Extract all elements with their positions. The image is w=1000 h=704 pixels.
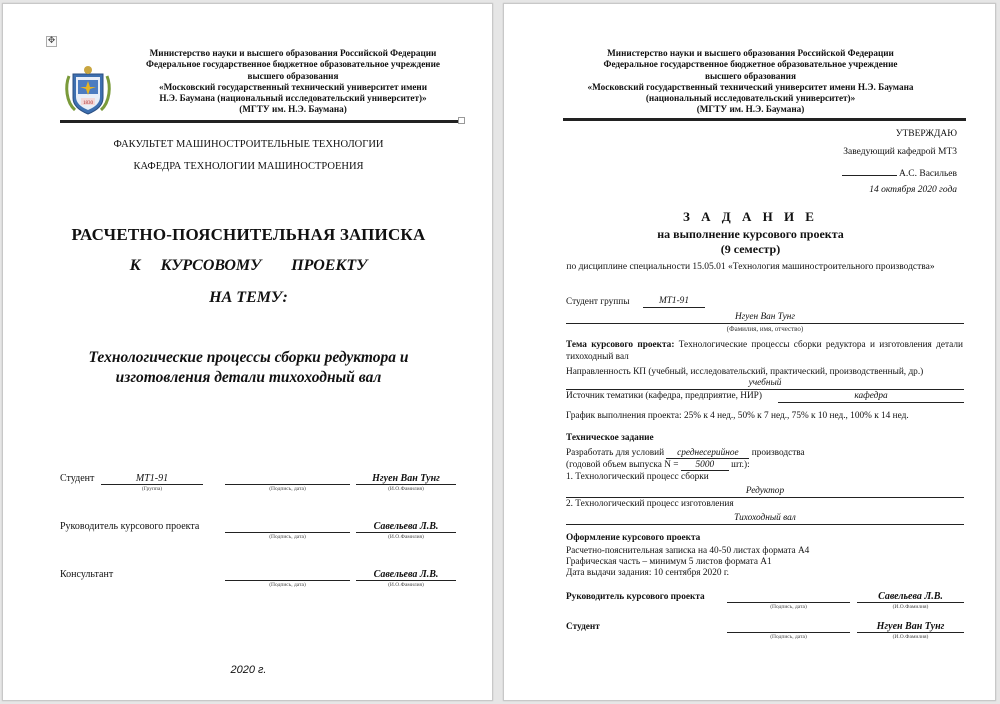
item1-field: Редуктор [566, 486, 964, 498]
ministry-header: Министерство науки и высшего образования… [121, 48, 465, 116]
header-line: Федеральное государственное бюджетное об… [504, 59, 997, 70]
student-group-label: Студент группы [566, 297, 630, 309]
student-signature-field [727, 621, 850, 633]
student-signature-field [225, 473, 350, 485]
discipline: по дисциплине специальности 15.05.01 «Те… [554, 261, 947, 273]
student-group-field: МТ1-91 [643, 296, 705, 308]
header-line: (МГТУ им. Н.Э. Баумана) [504, 104, 997, 115]
consultant-name-field: Савельева Л.В. [356, 569, 456, 581]
department-name: КАФЕДРА ТЕХНОЛОГИИ МАШИНОСТРОЕНИЯ [3, 161, 494, 172]
supervisor-label: Руководитель курсового проекта [566, 592, 705, 604]
document-title: РАСЧЕТНО-ПОЯСНИТЕЛЬНАЯ ЗАПИСКА [3, 225, 494, 245]
header-line: (национальный исследовательский универси… [504, 93, 997, 104]
header-line: высшего образования [121, 71, 465, 82]
item2-label: 2. Технологический процесс изготовления [566, 499, 734, 511]
sign-caption: (Подпись, дата) [225, 486, 350, 492]
task-semester: (9 семестр) [504, 242, 997, 257]
approve-position: Заведующий кафедрой МТ3 [843, 147, 957, 157]
faculty-name: ФАКУЛЬТЕТ МАШИНОСТРОИТЕЛЬНЫЕ ТЕХНОЛОГИИ [3, 139, 494, 150]
format-line: Графическая часть – минимум 5 листов фор… [566, 557, 772, 569]
develop-suffix: производства [752, 448, 805, 458]
theme-line: Технологические процессы сборки редуктор… [3, 348, 494, 368]
title-page: ✥ 1830 Министерство науки и высшего обра… [2, 3, 493, 701]
project-theme: Технологические процессы сборки редуктор… [3, 348, 494, 388]
student-label: Студент [566, 622, 600, 634]
consultant-label: Консультант [60, 569, 113, 580]
sign-caption: (Подпись, дата) [225, 534, 350, 540]
project-topic: Тема курсового проекта: Технологические … [566, 340, 963, 363]
document-subtitle: К КУРСОВОМУ ПРОЕКТУ [3, 257, 494, 275]
svg-text:1830: 1830 [83, 101, 94, 106]
fio-caption: (Фамилия, имя, отчество) [566, 325, 964, 333]
supervisor-name-field: Савельева Л.В. [857, 591, 964, 603]
tech-task-title: Техническое задание [566, 433, 654, 445]
student-name-field: Нгуен Ван Тунг [566, 312, 964, 324]
supervisor-label: Руководитель курсового проекта [60, 521, 199, 532]
schedule: График выполнения проекта: 25% к 4 нед.,… [566, 411, 909, 423]
document-year: 2020 г. [3, 664, 494, 676]
production-type-field: среднесерийное [666, 448, 749, 459]
supervisor-signature-field [225, 521, 350, 533]
source-label: Источник тематики (кафедра, предприятие,… [566, 391, 762, 403]
supervisor-signature-field [727, 591, 850, 603]
header-line: (МГТУ им. Н.Э. Баумана) [121, 104, 465, 115]
theme-line: изготовления детали тихоходный вал [3, 368, 494, 388]
header-divider [60, 120, 458, 123]
assignment-page: Министерство науки и высшего образования… [503, 3, 996, 701]
approve-signature-line [842, 166, 897, 176]
name-caption: (И.О.Фамилия) [356, 534, 456, 540]
direction-label: Направленность КП (учебный, исследовател… [566, 367, 923, 379]
topic-label: Тема курсового проекта: [566, 340, 674, 350]
direction-field: учебный [566, 378, 964, 390]
supervisor-name-field: Савельева Л.В. [356, 521, 456, 533]
student-name-field: Нгуен Ван Тунг [857, 621, 964, 633]
volume-line: (годовой объем выпуска N = 5000 шт.): [566, 460, 750, 472]
volume-field: 5000 [681, 460, 729, 471]
header-line: Федеральное государственное бюджетное об… [121, 59, 465, 70]
task-subtitle: на выполнение курсового проекта [504, 227, 997, 242]
header-line: Министерство науки и высшего образования… [504, 48, 997, 59]
format-line: Расчетно-пояснительная записка на 40-50 … [566, 546, 809, 558]
volume-prefix: (годовой объем выпуска N = [566, 460, 679, 470]
format-title: Оформление курсового проекта [566, 533, 700, 545]
consultant-signature-field [225, 569, 350, 581]
table-move-handle-icon[interactable]: ✥ [46, 36, 57, 47]
header-line: высшего образования [504, 71, 997, 82]
volume-suffix: шт.): [731, 460, 750, 470]
header-line: Н.Э. Баумана (национальный исследователь… [121, 93, 465, 104]
develop-line: Разработать для условий среднесерийное п… [566, 448, 805, 460]
ministry-header: Министерство науки и высшего образования… [504, 48, 997, 116]
issue-date: Дата выдачи задания: 10 сентября 2020 г. [566, 568, 729, 580]
group-caption: (Группа) [101, 486, 203, 492]
develop-prefix: Разработать для условий [566, 448, 664, 458]
header-line: Министерство науки и высшего образования… [121, 48, 465, 59]
university-crest-icon: 1830 [63, 62, 113, 117]
task-title: З А Д А Н И Е [504, 209, 997, 225]
header-divider [563, 118, 966, 121]
name-caption: (И.О.Фамилия) [857, 634, 964, 640]
item2-field: Тихоходный вал [566, 513, 964, 525]
approve-name: А.С. Васильев [899, 169, 957, 179]
approve-title: УТВЕРЖДАЮ [896, 129, 957, 139]
name-caption: (И.О.Фамилия) [356, 582, 456, 588]
sign-caption: (Подпись, дата) [727, 604, 850, 610]
student-label: Студент [60, 473, 94, 484]
approve-signature: А.С. Васильев [842, 166, 957, 179]
item1-label: 1. Технологический процесс сборки [566, 472, 709, 484]
student-name-field: Нгуен Ван Тунг [356, 473, 456, 485]
approve-date: 14 октября 2020 года [869, 185, 957, 195]
source-field: кафедра [778, 391, 964, 403]
sign-caption: (Подпись, дата) [225, 582, 350, 588]
header-line: «Московский государственный технический … [121, 82, 465, 93]
header-line: «Московский государственный технический … [504, 82, 997, 93]
student-group-field: МТ1-91 [101, 473, 203, 485]
name-caption: (И.О.Фамилия) [857, 604, 964, 610]
table-resize-handle[interactable] [458, 117, 465, 124]
document-topic-label: НА ТЕМУ: [3, 289, 494, 307]
name-caption: (И.О.Фамилия) [356, 486, 456, 492]
sign-caption: (Подпись, дата) [727, 634, 850, 640]
